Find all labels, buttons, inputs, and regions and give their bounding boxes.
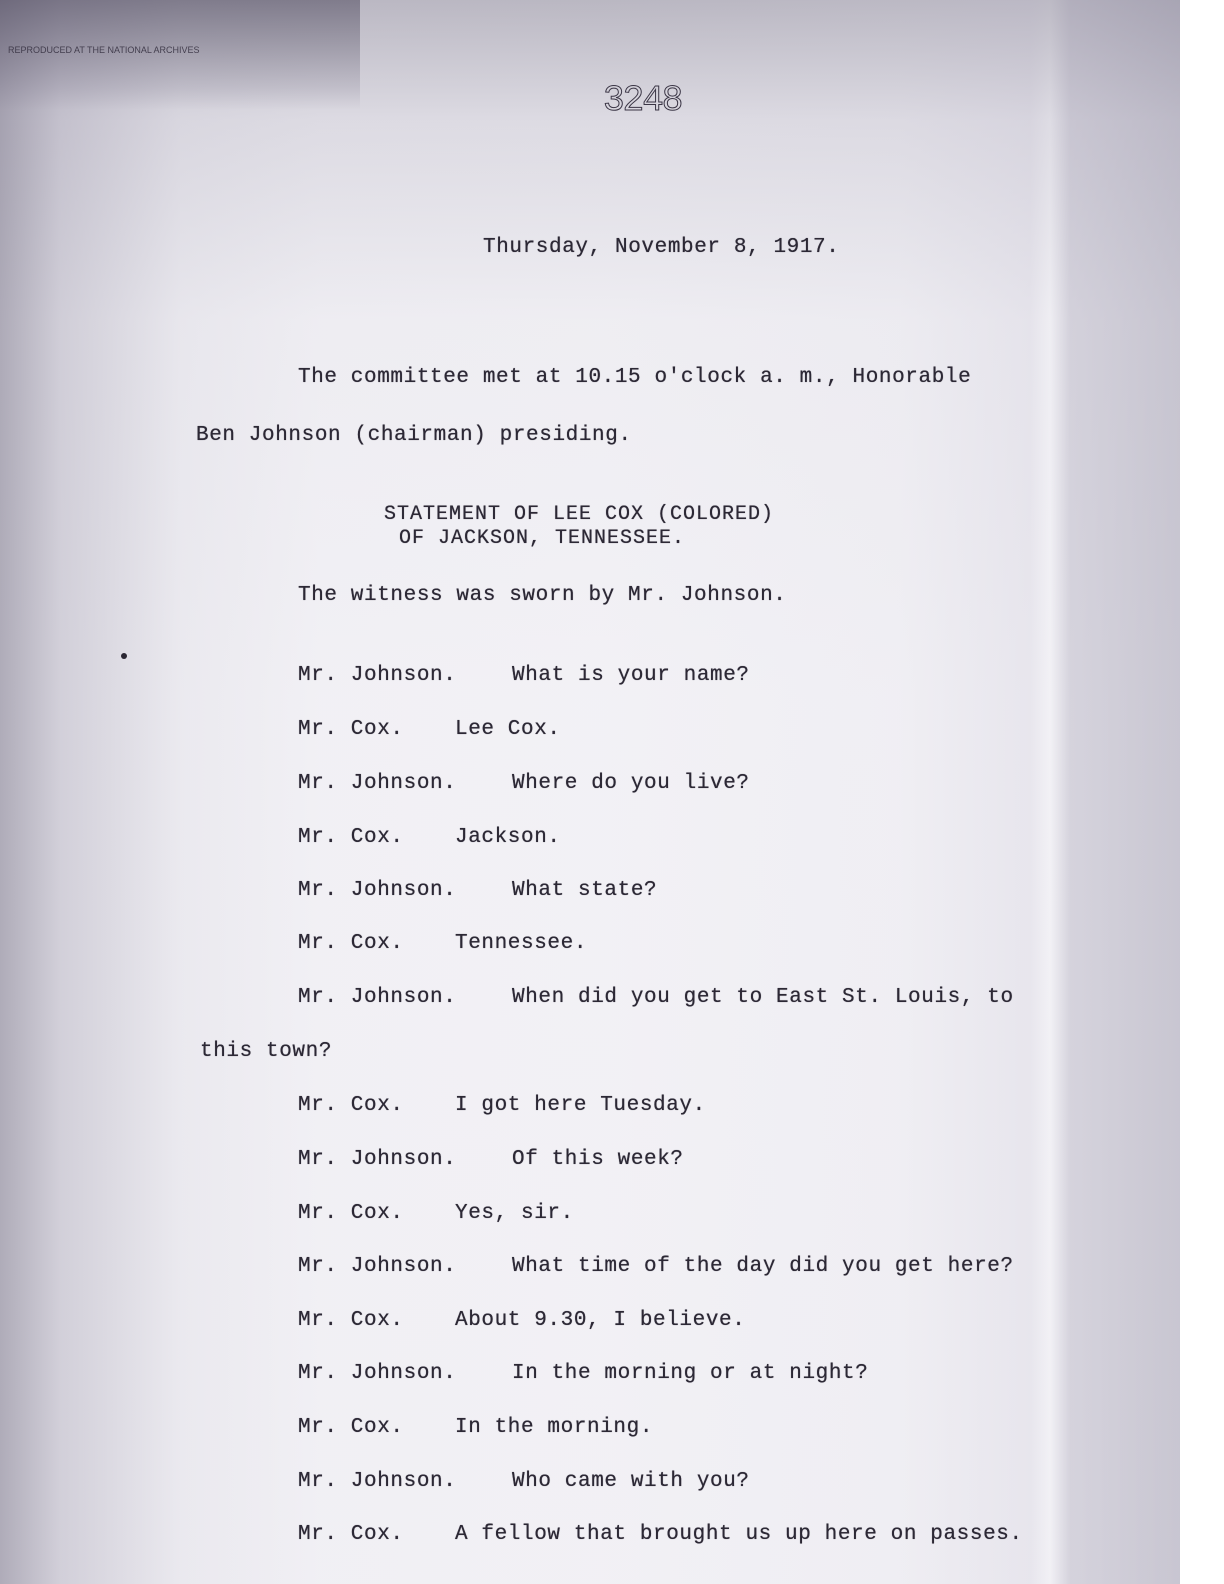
speech-text: About 9.30, I believe. <box>455 1309 745 1332</box>
testimony-line: Mr. Cox.I got here Tuesday. <box>298 1094 706 1117</box>
testimony-line: Mr. Cox.Jackson. <box>298 826 561 849</box>
testimony-line: Mr. Johnson.Where do you live? <box>298 772 750 795</box>
testimony-line: Mr. Johnson.What is your name? <box>298 664 750 687</box>
sworn-line: The witness was sworn by Mr. Johnson. <box>298 584 786 607</box>
speech-text: A fellow that brought us up here on pass… <box>455 1523 1023 1546</box>
testimony-line: Mr. Cox.Lee Cox. <box>298 718 561 741</box>
speaker-label: Mr. Cox. <box>298 718 455 741</box>
scan-speck <box>121 653 127 659</box>
speaker-label: Mr. Johnson. <box>298 664 512 687</box>
speaker-label: Mr. Johnson. <box>298 1470 512 1493</box>
testimony-line: Mr. Johnson.What state? <box>298 879 657 902</box>
opening-line-2: Ben Johnson (chairman) presiding. <box>196 424 632 447</box>
testimony-line: Mr. Cox.In the morning. <box>298 1416 653 1439</box>
opening-line-1: The committee met at 10.15 o'clock a. m.… <box>298 366 971 389</box>
speech-text: Of this week? <box>512 1148 684 1171</box>
testimony-line: Mr. Cox.About 9.30, I believe. <box>298 1309 745 1332</box>
speaker-label: Mr. Johnson. <box>298 1255 512 1278</box>
archive-stamp: REPRODUCED AT THE NATIONAL ARCHIVES <box>8 45 200 55</box>
testimony-line: Mr. Johnson.Who came with you? <box>298 1470 750 1493</box>
speech-text: What state? <box>512 879 657 902</box>
testimony-line: Mr. Cox.Yes, sir. <box>298 1202 574 1225</box>
speech-text: Where do you live? <box>512 772 750 795</box>
scan-shadow <box>0 0 360 110</box>
speech-text: Tennessee. <box>455 932 587 955</box>
speaker-label: Mr. Johnson. <box>298 986 512 1009</box>
speaker-label: Mr. Johnson. <box>298 772 512 795</box>
testimony-line: Mr. Cox.Tennessee. <box>298 932 587 955</box>
speech-text: In the morning. <box>455 1416 653 1439</box>
speaker-label: Mr. Johnson. <box>298 1362 512 1385</box>
testimony-line: Mr. Johnson.In the morning or at night? <box>298 1362 868 1385</box>
testimony-line: Mr. Johnson.Of this week? <box>298 1148 684 1171</box>
testimony-line: Mr. Johnson.What time of the day did you… <box>298 1255 1014 1278</box>
speaker-label: Mr. Johnson. <box>298 1148 512 1171</box>
speech-text: What is your name? <box>512 664 750 687</box>
testimony-continuation: this town? <box>200 1040 332 1063</box>
speaker-label: Mr. Cox. <box>298 1094 455 1117</box>
speech-text: Yes, sir. <box>455 1202 574 1225</box>
statement-heading-1: STATEMENT OF LEE COX (COLORED) <box>384 503 774 526</box>
speech-text: Lee Cox. <box>455 718 561 741</box>
testimony-line: Mr. Cox.A fellow that brought us up here… <box>298 1523 1023 1546</box>
speaker-label: Mr. Cox. <box>298 1416 455 1439</box>
statement-heading-2: OF JACKSON, TENNESSEE. <box>399 527 685 550</box>
speaker-label: Mr. Cox. <box>298 932 455 955</box>
speech-text: Who came with you? <box>512 1470 750 1493</box>
speaker-label: Mr. Johnson. <box>298 879 512 902</box>
page-number: 3248 <box>603 80 681 121</box>
speech-text: Jackson. <box>455 826 561 849</box>
speaker-label: Mr. Cox. <box>298 1309 455 1332</box>
speaker-label: Mr. Cox. <box>298 826 455 849</box>
testimony-line: Mr. Johnson.When did you get to East St.… <box>298 986 1014 1009</box>
date-line: Thursday, November 8, 1917. <box>483 236 839 259</box>
speech-text: In the morning or at night? <box>512 1362 868 1385</box>
speaker-label: Mr. Cox. <box>298 1202 455 1225</box>
speech-text: I got here Tuesday. <box>455 1094 706 1117</box>
speech-text: What time of the day did you get here? <box>512 1255 1014 1278</box>
speech-text: When did you get to East St. Louis, to <box>512 986 1014 1009</box>
speaker-label: Mr. Cox. <box>298 1523 455 1546</box>
